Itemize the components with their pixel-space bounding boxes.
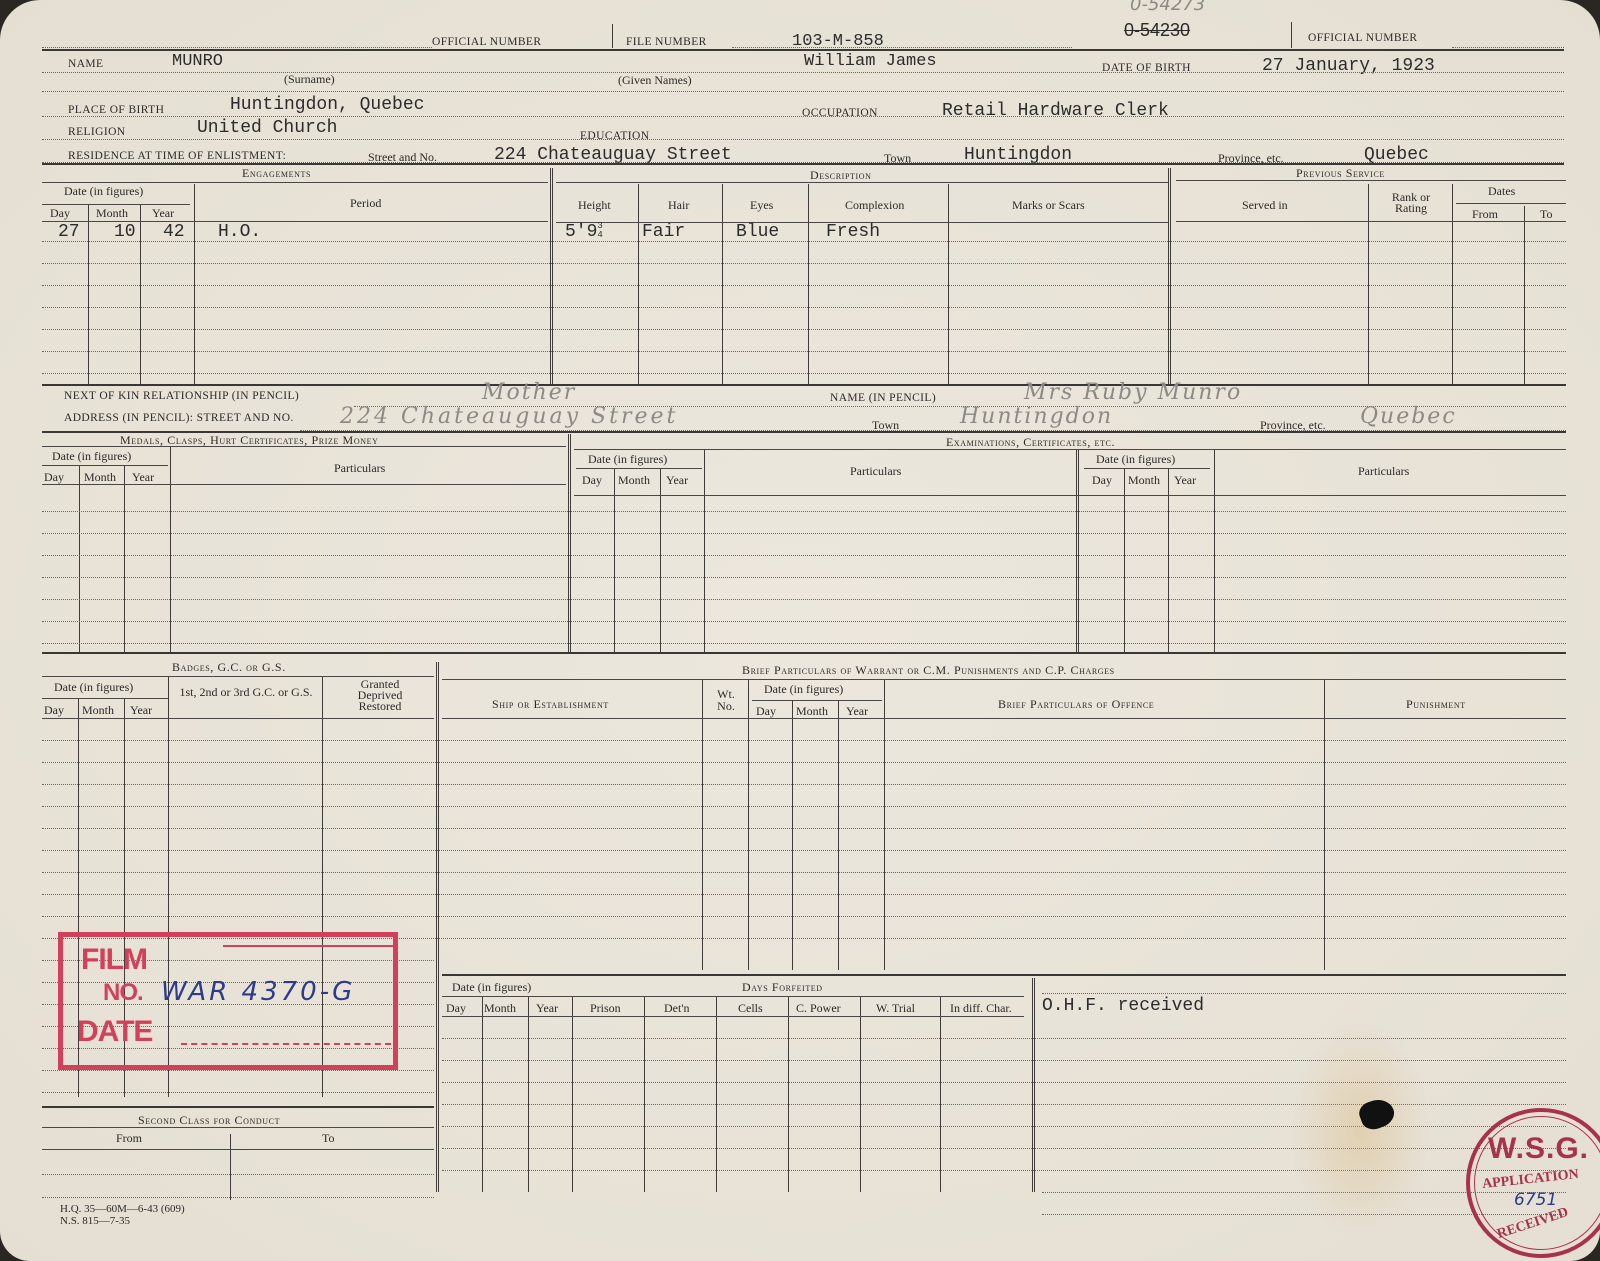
description-title: Description <box>810 168 872 183</box>
hair-value: Fair <box>642 222 685 242</box>
forfeit-col-prison: Prison <box>590 1001 621 1016</box>
punishment-col-month: Month <box>796 704 828 719</box>
film-stamp-label: FILM <box>81 943 147 977</box>
forfeit-col-detn: Det'n <box>664 1001 690 1016</box>
nok-province-value: Quebec <box>1360 404 1457 429</box>
service-record-card: OFFICIAL NUMBER FILE NUMBER 103-M-858 0-… <box>0 0 1600 1261</box>
official-number-handwritten: 0-54273 <box>1130 0 1205 15</box>
surname-value: MUNRO <box>172 52 223 71</box>
place-of-birth-label: PLACE OF BIRTH <box>68 104 164 116</box>
punishment-header: Punishment <box>1406 697 1466 712</box>
wsg-stamp-number: 6751 <box>1514 1190 1557 1210</box>
residence-label: RESIDENCE AT TIME OF ENLISTMENT: <box>68 150 286 162</box>
nok-street-value: 224 Chateauguay Street <box>340 404 678 429</box>
exam1-date-header: Date (in figures) <box>588 452 667 467</box>
second-class-to-label: To <box>322 1131 335 1146</box>
engagements-date-header: Date (in figures) <box>64 184 143 199</box>
medals-col-month: Month <box>84 470 116 485</box>
previous-service-col-to: To <box>1540 207 1553 222</box>
engagements-col-period: Period <box>350 196 381 211</box>
description-col-height: Height <box>578 198 611 213</box>
forfeit-col-cells: Cells <box>738 1001 763 1016</box>
dob-value: 27 January, 1923 <box>1262 56 1435 76</box>
film-stamp: FILM NO. WAR 4370-G DATE <box>58 932 398 1070</box>
wsg-stamp: W.S.G. APPLICATION 6751 RECEIVED <box>1466 1108 1600 1258</box>
forfeit-col-wtrial: W. Trial <box>876 1001 915 1016</box>
form-code-line2: N.S. 815—7-35 <box>60 1216 130 1227</box>
ship-header: Ship or Establishment <box>492 697 609 712</box>
stain <box>1290 1020 1430 1240</box>
offence-header: Brief Particulars of Offence <box>998 697 1154 712</box>
engagements-col-day: Day <box>50 206 70 221</box>
punishment-col-day: Day <box>756 704 776 719</box>
exam1-col-day: Day <box>582 473 602 488</box>
medals-col-particulars: Particulars <box>334 461 385 476</box>
remarks-text: O.H.F. received <box>1042 996 1204 1016</box>
examinations-title: Examinations, Certificates, etc. <box>946 435 1115 450</box>
previous-service-col-from: From <box>1472 207 1498 222</box>
film-stamp-date-label: DATE <box>77 1015 152 1049</box>
punishment-col-year: Year <box>846 704 868 719</box>
forfeit-col-indiffchar: In diff. Char. <box>950 1001 1012 1016</box>
religion-value: United Church <box>197 118 337 138</box>
education-label: EDUCATION <box>580 130 649 142</box>
engagement-year: 42 <box>163 222 185 242</box>
badges-col-gc: 1st, 2nd or 3rd G.C. or G.S. <box>176 686 316 698</box>
exam2-date-header: Date (in figures) <box>1096 452 1175 467</box>
nok-name-value: Mrs Ruby Munro <box>1024 380 1242 405</box>
badges-col-month: Month <box>82 703 114 718</box>
previous-service-col-dates: Dates <box>1488 184 1515 199</box>
badges-col-granted: Granted Deprived Restored <box>340 679 420 712</box>
form-code-line1: H.Q. 35—60M—6-43 (609) <box>60 1204 185 1215</box>
forfeit-col-month: Month <box>484 1001 516 1016</box>
engagements-col-year: Year <box>152 206 174 221</box>
exam2-col-particulars: Particulars <box>1358 464 1409 479</box>
nok-address-label: ADDRESS (in pencil): Street and No. <box>64 412 294 424</box>
place-of-birth-value: Huntingdon, Quebec <box>230 95 424 115</box>
punishment-date-header: Date (in figures) <box>764 682 843 697</box>
previous-service-col-rank: Rank or Rating <box>1378 192 1444 214</box>
nok-name-label: NAME (in pencil) <box>830 392 936 404</box>
occupation-label: OCCUPATION <box>802 107 878 119</box>
description-col-complexion: Complexion <box>845 198 904 213</box>
badges-col-year: Year <box>130 703 152 718</box>
film-stamp-number: WAR 4370-G <box>161 977 355 1007</box>
height-value: 5'934 <box>565 222 603 242</box>
exam1-col-month: Month <box>618 473 650 488</box>
previous-service-title: Previous Service <box>1296 166 1385 181</box>
second-class-title: Second Class for Conduct <box>138 1113 280 1128</box>
name-label: NAME <box>68 58 103 70</box>
punishments-title: Brief Particulars of Warrant or C.M. Pun… <box>742 663 1115 678</box>
engagement-month: 10 <box>114 222 136 242</box>
exam1-col-year: Year <box>666 473 688 488</box>
description-col-hair: Hair <box>668 198 689 213</box>
surname-caption: (Surname) <box>284 72 335 87</box>
given-names-caption: (Given Names) <box>618 73 692 88</box>
wsg-stamp-title: W.S.G. <box>1488 1132 1589 1166</box>
film-stamp-no-label: NO. <box>103 979 143 1007</box>
forfeit-date-header: Date (in figures) <box>452 980 531 995</box>
exam1-col-particulars: Particulars <box>850 464 901 479</box>
medals-col-day: Day <box>44 470 64 485</box>
nok-relationship-label: NEXT OF KIN RELATIONSHIP (in pencil) <box>64 390 299 402</box>
engagements-col-month: Month <box>96 206 128 221</box>
previous-service-col-served: Served in <box>1242 198 1288 213</box>
second-class-from-label: From <box>116 1131 142 1146</box>
exam2-col-year: Year <box>1174 473 1196 488</box>
exam2-col-day: Day <box>1092 473 1112 488</box>
badges-title: Badges, G.C. or G.S. <box>172 660 286 675</box>
engagement-period: H.O. <box>218 222 261 242</box>
badges-col-day: Day <box>44 703 64 718</box>
medals-date-header: Date (in figures) <box>52 449 131 464</box>
badges-date-header: Date (in figures) <box>54 680 133 695</box>
description-col-eyes: Eyes <box>750 198 773 213</box>
religion-label: RELIGION <box>68 126 126 138</box>
occupation-value: Retail Hardware Clerk <box>942 101 1169 121</box>
forfeit-col-year: Year <box>536 1001 558 1016</box>
exam2-col-month: Month <box>1128 473 1160 488</box>
forfeit-col-cpower: C. Power <box>796 1001 841 1016</box>
eyes-value: Blue <box>736 222 779 242</box>
given-names-value: William James <box>804 52 937 71</box>
file-number-label: FILE NUMBER <box>626 36 707 48</box>
wt-no-header: Wt. No. <box>708 688 744 712</box>
description-col-marks: Marks or Scars <box>1012 198 1085 213</box>
official-number-label: OFFICIAL NUMBER <box>432 36 541 48</box>
engagement-day: 27 <box>58 222 80 242</box>
days-forfeited-title: Days Forfeited <box>742 980 823 995</box>
nok-town-value: Huntingdon <box>960 404 1113 429</box>
nok-relationship-value: Mother <box>482 380 576 405</box>
official-number-struck: 0-54230 <box>1124 20 1190 41</box>
complexion-value: Fresh <box>826 222 880 242</box>
official-number-right-label: OFFICIAL NUMBER <box>1308 32 1417 44</box>
medals-col-year: Year <box>132 470 154 485</box>
engagements-title: Engagements <box>242 166 311 181</box>
forfeit-col-day: Day <box>446 1001 466 1016</box>
